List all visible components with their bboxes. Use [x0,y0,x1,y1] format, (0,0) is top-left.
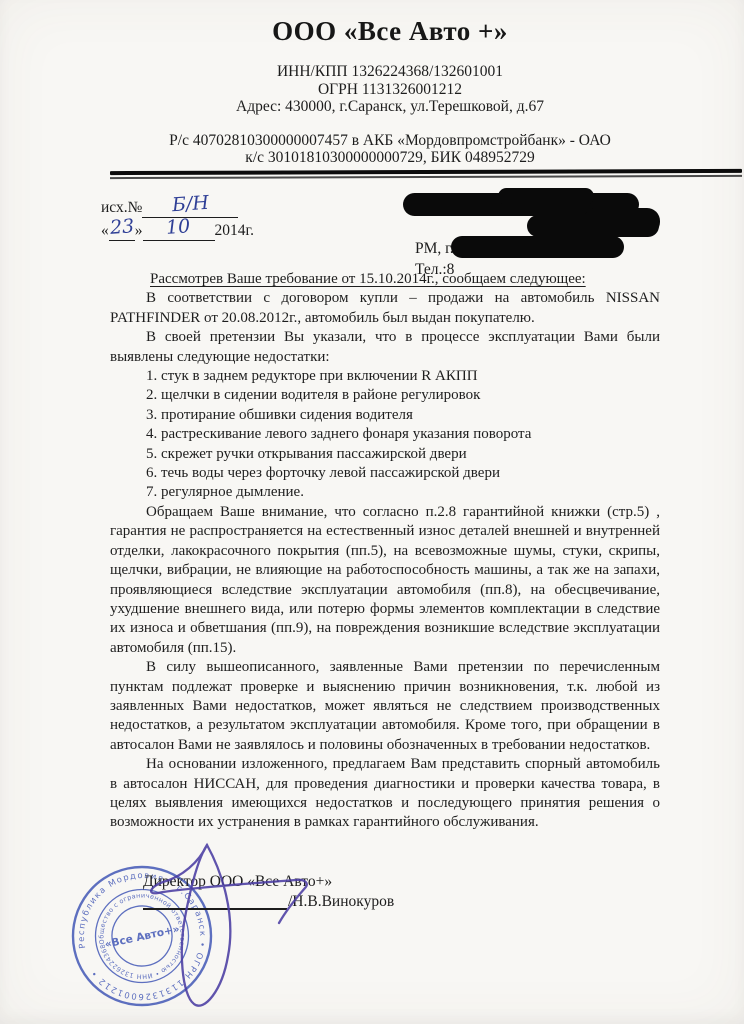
date-row: «23»102014г. [101,218,254,241]
paragraph-claim-intro: В своей претензии Вы указали, что в проц… [110,328,660,367]
defect-item: 3. протирание обшивки сидения водителя [110,406,660,425]
redaction-bar [451,236,624,258]
letter-body: Рассмотрев Ваше требование от 15.10.2014… [110,270,660,833]
address-line: Адрес: 430000, г.Саранск, ул.Терешковой,… [88,98,692,116]
date-year: 2014г. [215,222,254,239]
ogrn-line: ОГРН 1131326001212 [88,81,692,99]
defect-item: 1. стук в заднем редукторе при включении… [110,367,660,386]
paragraph-proposal: На основании изложенного, предлагаем Вам… [110,755,660,833]
subject-line: Рассмотрев Ваше требование от 15.10.2014… [110,270,660,289]
defect-item: 2. щелчки в сидении водителя в районе ре… [110,386,660,405]
defect-item: 5. скрежет ручки открывания пассажирской… [110,445,660,464]
reference-block: исх.№Б/Н «23»102014г. [101,195,254,241]
company-name: ООО «Все Авто +» [88,16,692,46]
scanned-letter-page: ООО «Все Авто +» ИНН/КПП 1326224368/1326… [0,0,744,1024]
date-day-handwritten: 23 [109,215,135,239]
director-signature [120,830,360,1015]
outgoing-number-handwritten: Б/Н [171,192,209,217]
paragraph-warranty-terms: Обращаем Ваше внимание, что согласно п.2… [110,503,660,658]
letterhead: ООО «Все Авто +» ИНН/КПП 1326224368/1326… [88,16,692,167]
divider-rule [110,169,742,179]
paragraph-verification: В силу вышеописанного, заявленные Вами п… [110,658,660,755]
redaction-bar [527,215,659,237]
quote-open: « [101,222,109,239]
corr-account-line: к/с 30101810300000000729, БИК 048952729 [88,149,692,167]
defect-item: 6. течь воды через форточку левой пассаж… [110,464,660,483]
bank-account-line: Р/с 40702810300000007457 в АКБ «Мордовпр… [88,132,692,150]
inn-kpp-line: ИНН/КПП 1326224368/132601001 [88,63,692,81]
paragraph-contract: В соответствии с договором купли – прода… [110,289,660,328]
redaction-bar [498,188,594,205]
outgoing-number-row: исх.№Б/Н [101,195,254,218]
quote-close: » [135,222,143,239]
defect-item: 7. регулярное дымление. [110,483,660,502]
defect-item: 4. растрескивание левого заднего фонаря … [110,425,660,444]
date-month-handwritten: 10 [166,215,192,239]
outgoing-label: исх.№ [101,199,142,216]
